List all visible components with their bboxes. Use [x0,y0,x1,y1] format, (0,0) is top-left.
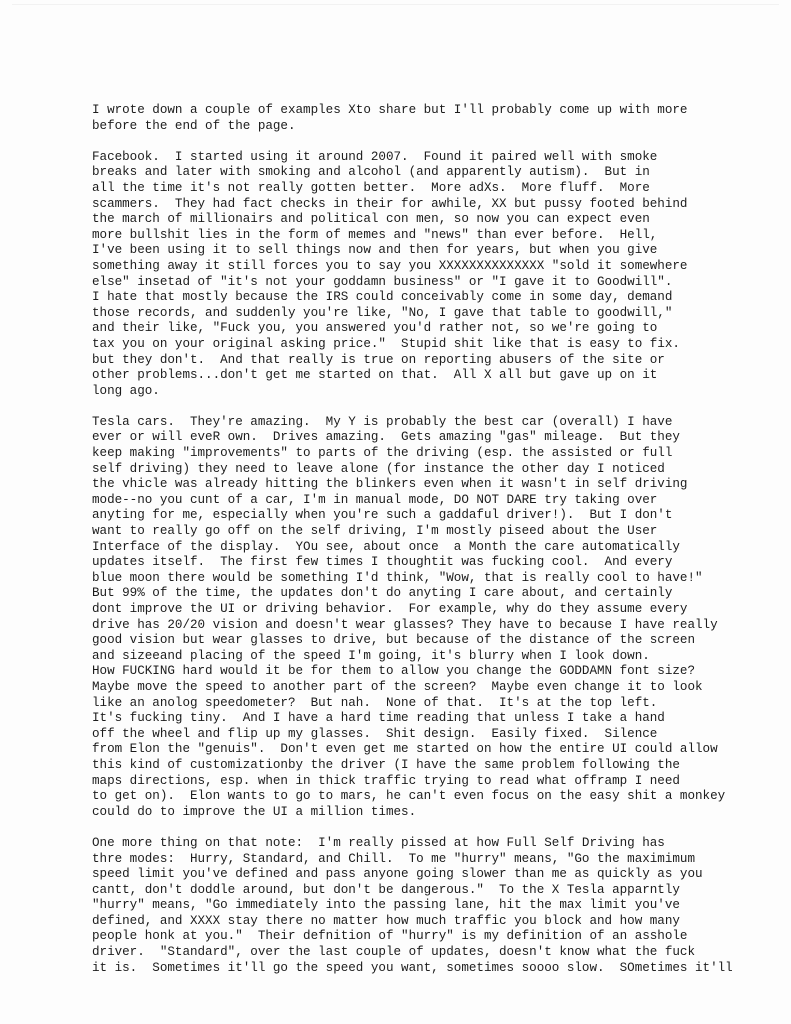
paragraph-facebook: Facebook. I started using it around 2007… [92,150,772,400]
text-line: other problems...don't get me started on… [92,368,772,384]
text-line: dont improve the UI or driving behavior.… [92,602,772,618]
text-line: before the end of the page. [92,119,772,135]
scan-edge [12,4,779,5]
text-line: defined, and XXXX stay there no matter h… [92,914,772,930]
text-line: something away it still forces you to sa… [92,259,772,275]
text-line: Tesla cars. They're amazing. My Y is pro… [92,415,772,431]
typewritten-page: I wrote down a couple of examples Xto sh… [0,0,791,1024]
paragraph-intro: I wrote down a couple of examples Xto sh… [92,103,772,134]
text-line: Maybe move the speed to another part of … [92,680,772,696]
text-line: maps directions, esp. when in thick traf… [92,774,772,790]
text-line: Facebook. I started using it around 2007… [92,150,772,166]
text-line: to get on). Elon wants to go to mars, he… [92,789,772,805]
text-line: I wrote down a couple of examples Xto sh… [92,103,772,119]
text-line: drive has 20/20 vision and doesn't wear … [92,618,772,634]
text-line: breaks and later with smoking and alcoho… [92,165,772,181]
text-line: this kind of customizationby the driver … [92,758,772,774]
paragraph-fsd-modes: One more thing on that note: I'm really … [92,836,772,976]
text-line: But 99% of the time, the updates don't d… [92,586,772,602]
text-line: but they don't. And that really is true … [92,353,772,369]
text-line: One more thing on that note: I'm really … [92,836,772,852]
text-line: It's fucking tiny. And I have a hard tim… [92,711,772,727]
text-line: I hate that mostly because the IRS could… [92,290,772,306]
text-line: updates itself. The first few times I th… [92,555,772,571]
paragraph-tesla: Tesla cars. They're amazing. My Y is pro… [92,415,772,820]
text-line: it is. Sometimes it'll go the speed you … [92,961,772,977]
text-line: could do to improve the UI a million tim… [92,805,772,821]
text-line: "hurry" means, "Go immediately into the … [92,898,772,914]
text-line: long ago. [92,384,772,400]
text-line: and their like, "Fuck you, you answered … [92,321,772,337]
text-line: blue moon there would be something I'd t… [92,571,772,587]
text-line: the vhicle was already hitting the blink… [92,477,772,493]
text-line: cantt, don't doddle around, but don't be… [92,883,772,899]
text-line: anyting for me, especially when you're s… [92,508,772,524]
text-line: Interface of the display. YOu see, about… [92,540,772,556]
text-line: driver. "Standard", over the last couple… [92,945,772,961]
text-line: I've been using it to sell things now an… [92,243,772,259]
text-line: scammers. They had fact checks in their … [92,197,772,213]
text-line: good vision but wear glasses to drive, b… [92,633,772,649]
text-line: people honk at you." Their defnition of … [92,929,772,945]
text-line: tax you on your original asking price." … [92,337,772,353]
text-line: speed limit you've defined and pass anyo… [92,867,772,883]
text-line: ever or will eveR own. Drives amazing. G… [92,430,772,446]
letter-body: I wrote down a couple of examples Xto sh… [92,103,772,992]
text-line: thre modes: Hurry, Standard, and Chill. … [92,852,772,868]
text-line: those records, and suddenly you're like,… [92,306,772,322]
text-line: like an anolog speedometer? But nah. Non… [92,696,772,712]
text-line: from Elon the "genuis". Don't even get m… [92,742,772,758]
text-line: the march of millionairs and political c… [92,212,772,228]
text-line: else" insetad of "it's not your goddamn … [92,275,772,291]
text-line: and sizeeand placing of the speed I'm go… [92,649,772,665]
text-line: all the time it's not really gotten bett… [92,181,772,197]
text-line: How FUCKING hard would it be for them to… [92,664,772,680]
text-line: off the wheel and flip up my glasses. Sh… [92,727,772,743]
text-line: keep making "improvements" to parts of t… [92,446,772,462]
text-line: more bullshit lies in the form of memes … [92,228,772,244]
text-line: mode--no you cunt of a car, I'm in manua… [92,493,772,509]
text-line: self driving) they need to leave alone (… [92,462,772,478]
text-line: want to really go off on the self drivin… [92,524,772,540]
